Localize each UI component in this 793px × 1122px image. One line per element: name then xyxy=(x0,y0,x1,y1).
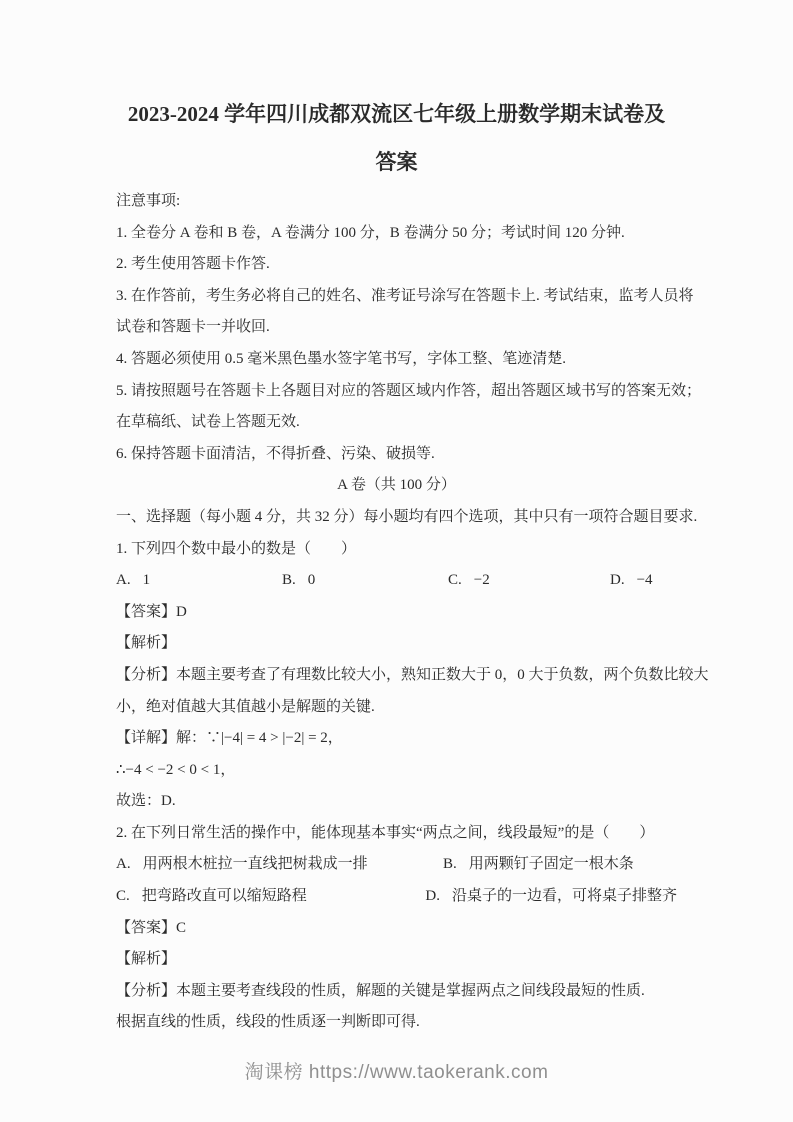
question-1-analysis-line-1: 【分析】本题主要考查了有理数比较大小，熟知正数大于 0，0 大于负数，两个负数比… xyxy=(116,660,677,692)
option-label: B. xyxy=(282,565,296,597)
question-2-options-row-2: C. 把弯路改直可以缩短路程 D. 沿桌子的一边看，可将桌子排整齐 xyxy=(116,881,677,913)
question-2-option-d: D. 沿桌子的一边看，可将桌子排整齐 xyxy=(425,881,677,913)
notice-line-3-continued: 试卷和答题卡一并收回. xyxy=(116,312,677,344)
option-label: D. xyxy=(610,565,625,597)
question-2-analysis-tag: 【解析】 xyxy=(116,944,677,976)
multiple-choice-section-heading: 一、选择题（每小题 4 分，共 32 分）每小题均有四个选项，其中只有一项符合题… xyxy=(116,502,677,534)
option-text: 用两颗钉子固定一根木条 xyxy=(469,849,634,881)
option-text: 0 xyxy=(308,565,316,597)
option-text: 用两根木桩拉一直线把树栽成一排 xyxy=(143,849,368,881)
question-2-analysis-line-2: 根据直线的性质，线段的性质逐一判断即可得. xyxy=(116,1007,677,1039)
option-text: 1 xyxy=(143,565,151,597)
option-text: −2 xyxy=(474,565,490,597)
question-1-option-b: B. 0 xyxy=(282,565,448,597)
question-1-answer: 【答案】D xyxy=(116,597,677,629)
option-label: D. xyxy=(425,881,440,913)
option-text: 沿桌子的一边看，可将桌子排整齐 xyxy=(452,881,677,913)
option-label: A. xyxy=(116,849,131,881)
notice-line-2: 2. 考生使用答题卡作答. xyxy=(116,249,677,281)
question-1-option-c: C. −2 xyxy=(448,565,610,597)
option-text: −4 xyxy=(637,565,653,597)
option-label: C. xyxy=(448,565,462,597)
option-label: A. xyxy=(116,565,131,597)
question-2-option-c: C. 把弯路改直可以缩短路程 xyxy=(116,881,425,913)
question-1-stem: 1. 下列四个数中最小的数是（ ） xyxy=(116,534,677,566)
watermark-footer: 淘课榜 https://www.taokerank.com xyxy=(0,1057,793,1084)
document-content: 2023-2024 学年四川成都双流区七年级上册数学期末试卷及 答案 注意事项:… xyxy=(0,0,793,1039)
question-1-solution-line-2: ∴−4 < −2 < 0 < 1， xyxy=(116,755,677,787)
question-2-stem: 2. 在下列日常生活的操作中，能体现基本事实“两点之间，线段最短”的是（ ） xyxy=(116,818,677,850)
document-title-line1: 2023-2024 学年四川成都双流区七年级上册数学期末试卷及 xyxy=(116,90,677,138)
footer-brand: 淘课榜 xyxy=(245,1062,304,1083)
notice-line-3: 3. 在作答前，考生务必将自己的姓名、准考证号涂写在答题卡上. 考试结束，监考人… xyxy=(116,281,677,313)
exam-document-page: 2023-2024 学年四川成都双流区七年级上册数学期末试卷及 答案 注意事项:… xyxy=(0,0,793,1122)
notice-line-5: 5. 请按照题号在答题卡上各题目对应的答题区域内作答，超出答题区域书写的答案无效… xyxy=(116,376,677,408)
question-1-analysis-line-2: 小，绝对值越大其值越小是解题的关键. xyxy=(116,692,677,724)
question-2-option-b: B. 用两颗钉子固定一根木条 xyxy=(443,849,634,881)
question-2-options-row-1: A. 用两根木桩拉一直线把树栽成一排 B. 用两颗钉子固定一根木条 xyxy=(116,849,677,881)
question-1-solution-line-1: 【详解】解：∵|−4| = 4 > |−2| = 2， xyxy=(116,723,677,755)
notice-line-1: 1. 全卷分 A 卷和 B 卷，A 卷满分 100 分，B 卷满分 50 分；考… xyxy=(116,218,677,250)
option-label: C. xyxy=(116,881,130,913)
question-2-answer: 【答案】C xyxy=(116,913,677,945)
question-1-option-a: A. 1 xyxy=(116,565,282,597)
notices-heading: 注意事项: xyxy=(116,186,677,218)
question-2-option-a: A. 用两根木桩拉一直线把树栽成一排 xyxy=(116,849,443,881)
footer-url: https://www.taokerank.com xyxy=(309,1062,549,1083)
notice-line-5-continued: 在草稿纸、试卷上答题无效. xyxy=(116,407,677,439)
question-2-analysis-line-1: 【分析】本题主要考查线段的性质，解题的关键是掌握两点之间线段最短的性质. xyxy=(116,976,677,1008)
notice-line-6: 6. 保持答题卡面清洁，不得折叠、污染、破损等. xyxy=(116,439,677,471)
question-1-option-d: D. −4 xyxy=(610,565,653,597)
question-1-conclusion: 故选：D. xyxy=(116,786,677,818)
question-1-options-row: A. 1 B. 0 C. −2 D. −4 xyxy=(116,565,677,597)
option-text: 把弯路改直可以缩短路程 xyxy=(142,881,307,913)
section-a-heading: A 卷（共 100 分） xyxy=(116,470,677,502)
document-title-line2: 答案 xyxy=(116,138,677,186)
notice-line-4: 4. 答题必须使用 0.5 毫米黑色墨水签字笔书写，字体工整、笔迹清楚. xyxy=(116,344,677,376)
option-label: B. xyxy=(443,849,457,881)
question-1-analysis-tag: 【解析】 xyxy=(116,628,677,660)
